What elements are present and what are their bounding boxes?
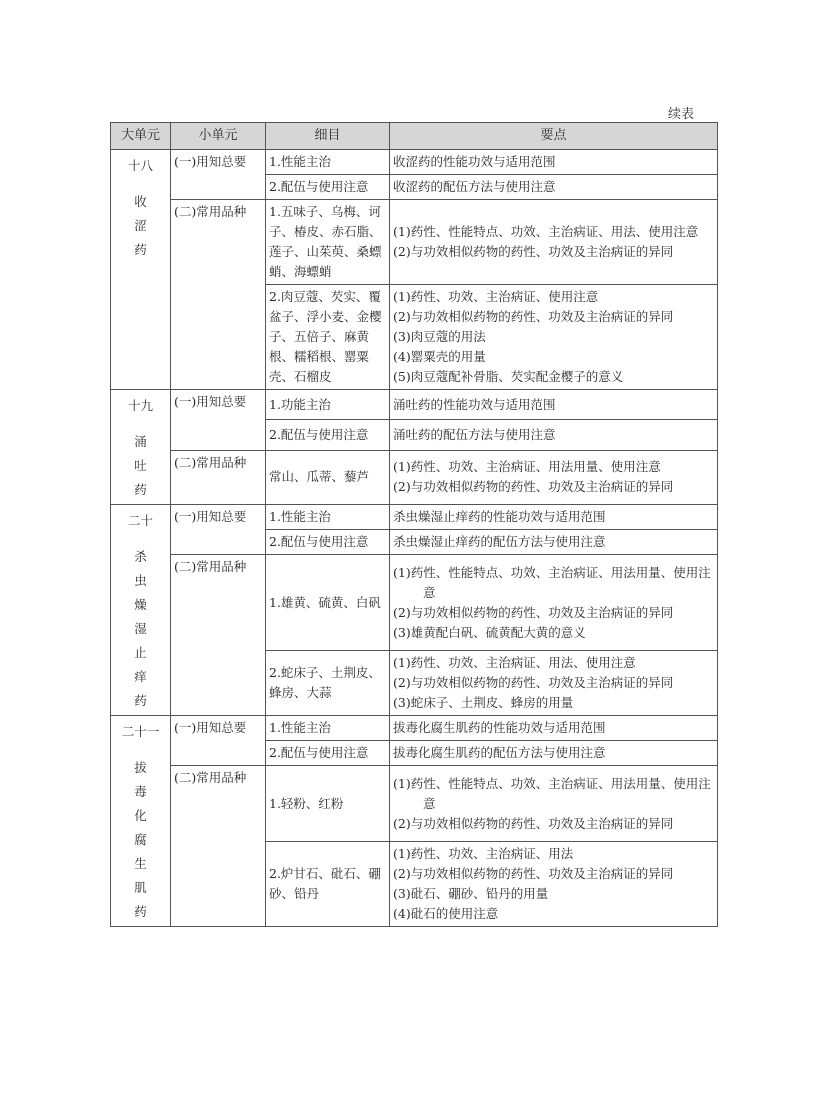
key-points-cell: (1)药性、性能特点、功效、主治病证、用法、使用注意(2)与功效相似药物的药性、… [390, 200, 718, 285]
detail-cell: 2.配伍与使用注意 [266, 530, 390, 555]
detail-cell: 2.配伍与使用注意 [266, 741, 390, 766]
key-point: (4)砒石的使用注意 [393, 904, 714, 924]
major-unit-cell: 十九涌吐药 [111, 390, 171, 505]
header-major-unit: 大单元 [111, 123, 171, 150]
key-point: (1)药性、性能特点、功效、主治病证、用法、使用注意 [393, 222, 714, 242]
major-unit-name: 拔毒化腐生肌药 [114, 756, 167, 924]
syllabus-table: 大单元 小单元 细目 要点 十八收涩药(一)用知总要1.性能主治收涩药的性能功效… [110, 122, 718, 927]
major-unit-number: 二十 [114, 511, 167, 531]
major-unit-number: 十九 [114, 396, 167, 416]
table-row: 十九涌吐药(一)用知总要1.功能主治涌吐药的性能功效与适用范围 [111, 390, 718, 420]
key-point: 拔毒化腐生肌药的配伍方法与使用注意 [393, 745, 606, 760]
key-point: (1)药性、性能特点、功效、主治病证、用法用量、使用注意 [393, 563, 714, 603]
major-unit-name-char: 药 [114, 689, 167, 713]
table-row: (二)常用品种1.轻粉、红粉(1)药性、性能特点、功效、主治病证、用法用量、使用… [111, 766, 718, 842]
key-points-cell: 杀虫燥湿止痒药的性能功效与适用范围 [390, 505, 718, 530]
key-point: (2)与功效相似药物的药性、功效及主治病证的异同 [393, 814, 714, 834]
minor-unit-cell: (二)常用品种 [171, 555, 266, 716]
key-point: 收涩药的配伍方法与使用注意 [393, 179, 556, 194]
minor-unit-cell: (一)用知总要 [171, 150, 266, 200]
key-points-cell: 拔毒化腐生肌药的性能功效与适用范围 [390, 716, 718, 741]
key-point: (3)蛇床子、土荆皮、蜂房的用量 [393, 693, 714, 713]
key-points-cell: 收涩药的性能功效与适用范围 [390, 150, 718, 175]
key-point: (2)与功效相似药物的药性、功效及主治病证的异同 [393, 673, 714, 693]
key-point: (2)与功效相似药物的药性、功效及主治病证的异同 [393, 864, 714, 884]
major-unit-cell: 二十一拔毒化腐生肌药 [111, 716, 171, 927]
key-point: (1)药性、性能特点、功效、主治病证、用法用量、使用注意 [393, 774, 714, 814]
major-unit-name-char: 收 [114, 190, 167, 214]
major-unit-name: 收涩药 [114, 190, 167, 262]
key-point: 拔毒化腐生肌药的性能功效与适用范围 [393, 720, 606, 735]
key-points-cell: (1)药性、性能特点、功效、主治病证、用法用量、使用注意(2)与功效相似药物的药… [390, 766, 718, 842]
minor-unit-cell: (一)用知总要 [171, 505, 266, 555]
minor-unit-cell: (二)常用品种 [171, 200, 266, 390]
detail-cell: 1.功能主治 [266, 390, 390, 420]
key-point: (1)药性、功效、主治病证、用法 [393, 844, 714, 864]
key-point: (4)罂粟壳的用量 [393, 347, 714, 367]
key-points-cell: 涌吐药的配伍方法与使用注意 [390, 420, 718, 450]
key-point: (2)与功效相似药物的药性、功效及主治病证的异同 [393, 307, 714, 327]
key-point: (3)雄黄配白矾、硫黄配大黄的意义 [393, 623, 714, 643]
table-body: 十八收涩药(一)用知总要1.性能主治收涩药的性能功效与适用范围2.配伍与使用注意… [111, 150, 718, 927]
major-unit-name-char: 药 [114, 900, 167, 924]
detail-cell: 常山、瓜蒂、藜芦 [266, 450, 390, 505]
table-row: (二)常用品种常山、瓜蒂、藜芦(1)药性、功效、主治病证、用法用量、使用注意(2… [111, 450, 718, 505]
detail-cell: 1.性能主治 [266, 150, 390, 175]
minor-unit-cell: (二)常用品种 [171, 766, 266, 927]
table-header-row: 大单元 小单元 细目 要点 [111, 123, 718, 150]
key-point: (2)与功效相似药物的药性、功效及主治病证的异同 [393, 603, 714, 623]
key-point: (5)肉豆蔻配补骨脂、芡实配金樱子的意义 [393, 367, 714, 387]
table-row: 二十一拔毒化腐生肌药(一)用知总要1.性能主治拔毒化腐生肌药的性能功效与适用范围 [111, 716, 718, 741]
major-unit-name-char: 虫 [114, 569, 167, 593]
key-point: (3)肉豆蔻的用法 [393, 327, 714, 347]
key-point: (1)药性、功效、主治病证、用法用量、使用注意 [393, 457, 714, 477]
key-point: (2)与功效相似药物的药性、功效及主治病证的异同 [393, 242, 714, 262]
key-points-cell: 杀虫燥湿止痒药的配伍方法与使用注意 [390, 530, 718, 555]
header-detail: 细目 [266, 123, 390, 150]
major-unit-name-char: 拔 [114, 756, 167, 780]
major-unit-name-char: 吐 [114, 454, 167, 478]
major-unit-cell: 十八收涩药 [111, 150, 171, 390]
key-point: 杀虫燥湿止痒药的性能功效与适用范围 [393, 509, 606, 524]
key-points-cell: (1)药性、功效、主治病证、使用注意(2)与功效相似药物的药性、功效及主治病证的… [390, 285, 718, 390]
major-unit-name-char: 涌 [114, 430, 167, 454]
major-unit-name-char: 燥 [114, 593, 167, 617]
major-unit-name-char: 药 [114, 238, 167, 262]
major-unit-name-char: 肌 [114, 876, 167, 900]
major-unit-cell: 二十杀虫燥湿止痒药 [111, 505, 171, 716]
table-row: (二)常用品种1.雄黄、硫黄、白矾(1)药性、性能特点、功效、主治病证、用法用量… [111, 555, 718, 651]
key-point: (2)与功效相似药物的药性、功效及主治病证的异同 [393, 477, 714, 497]
key-points-cell: (1)药性、功效、主治病证、用法(2)与功效相似药物的药性、功效及主治病证的异同… [390, 842, 718, 927]
major-unit-name-char: 涩 [114, 214, 167, 238]
key-points-cell: (1)药性、功效、主治病证、用法用量、使用注意(2)与功效相似药物的药性、功效及… [390, 450, 718, 505]
major-unit-name-char: 生 [114, 852, 167, 876]
detail-cell: 1.性能主治 [266, 716, 390, 741]
key-point: 涌吐药的性能功效与适用范围 [393, 397, 556, 412]
key-point: (3)砒石、硼砂、铅丹的用量 [393, 884, 714, 904]
table-row: 二十杀虫燥湿止痒药(一)用知总要1.性能主治杀虫燥湿止痒药的性能功效与适用范围 [111, 505, 718, 530]
detail-cell: 2.肉豆蔻、芡实、覆盆子、浮小麦、金樱子、五倍子、麻黄根、糯稻根、罂粟壳、石榴皮 [266, 285, 390, 390]
table-row: (二)常用品种1.五味子、乌梅、诃子、椿皮、赤石脂、莲子、山茱萸、桑螵蛸、海螵蛸… [111, 200, 718, 285]
detail-cell: 1.五味子、乌梅、诃子、椿皮、赤石脂、莲子、山茱萸、桑螵蛸、海螵蛸 [266, 200, 390, 285]
major-unit-name-char: 毒 [114, 780, 167, 804]
major-unit-name-char: 腐 [114, 828, 167, 852]
key-points-cell: 拔毒化腐生肌药的配伍方法与使用注意 [390, 741, 718, 766]
minor-unit-cell: (一)用知总要 [171, 390, 266, 451]
major-unit-name: 杀虫燥湿止痒药 [114, 545, 167, 713]
major-unit-name-char: 化 [114, 804, 167, 828]
detail-cell: 2.配伍与使用注意 [266, 420, 390, 450]
minor-unit-cell: (二)常用品种 [171, 450, 266, 505]
detail-cell: 2.炉甘石、砒石、硼砂、铅丹 [266, 842, 390, 927]
table-row: 十八收涩药(一)用知总要1.性能主治收涩药的性能功效与适用范围 [111, 150, 718, 175]
key-points-cell: 涌吐药的性能功效与适用范围 [390, 390, 718, 420]
key-point: 收涩药的性能功效与适用范围 [393, 154, 556, 169]
minor-unit-cell: (一)用知总要 [171, 716, 266, 766]
detail-cell: 1.轻粉、红粉 [266, 766, 390, 842]
detail-cell: 1.雄黄、硫黄、白矾 [266, 555, 390, 651]
key-point: 涌吐药的配伍方法与使用注意 [393, 427, 556, 442]
detail-cell: 2.蛇床子、土荆皮、蜂房、大蒜 [266, 651, 390, 716]
major-unit-name-char: 痒 [114, 665, 167, 689]
major-unit-name-char: 止 [114, 641, 167, 665]
detail-cell: 2.配伍与使用注意 [266, 175, 390, 200]
key-points-cell: 收涩药的配伍方法与使用注意 [390, 175, 718, 200]
key-point: (1)药性、功效、主治病证、用法、使用注意 [393, 653, 714, 673]
major-unit-name-char: 湿 [114, 617, 167, 641]
key-points-cell: (1)药性、性能特点、功效、主治病证、用法用量、使用注意(2)与功效相似药物的药… [390, 555, 718, 651]
key-points-cell: (1)药性、功效、主治病证、用法、使用注意(2)与功效相似药物的药性、功效及主治… [390, 651, 718, 716]
header-key-points: 要点 [390, 123, 718, 150]
major-unit-name-char: 杀 [114, 545, 167, 569]
key-point: (1)药性、功效、主治病证、使用注意 [393, 287, 714, 307]
major-unit-name: 涌吐药 [114, 430, 167, 502]
major-unit-name-char: 药 [114, 478, 167, 502]
header-minor-unit: 小单元 [171, 123, 266, 150]
detail-cell: 1.性能主治 [266, 505, 390, 530]
table-continued-caption: 续表 [668, 103, 694, 122]
key-point: 杀虫燥湿止痒药的配伍方法与使用注意 [393, 534, 606, 549]
major-unit-number: 二十一 [114, 722, 167, 742]
major-unit-number: 十八 [114, 156, 167, 176]
